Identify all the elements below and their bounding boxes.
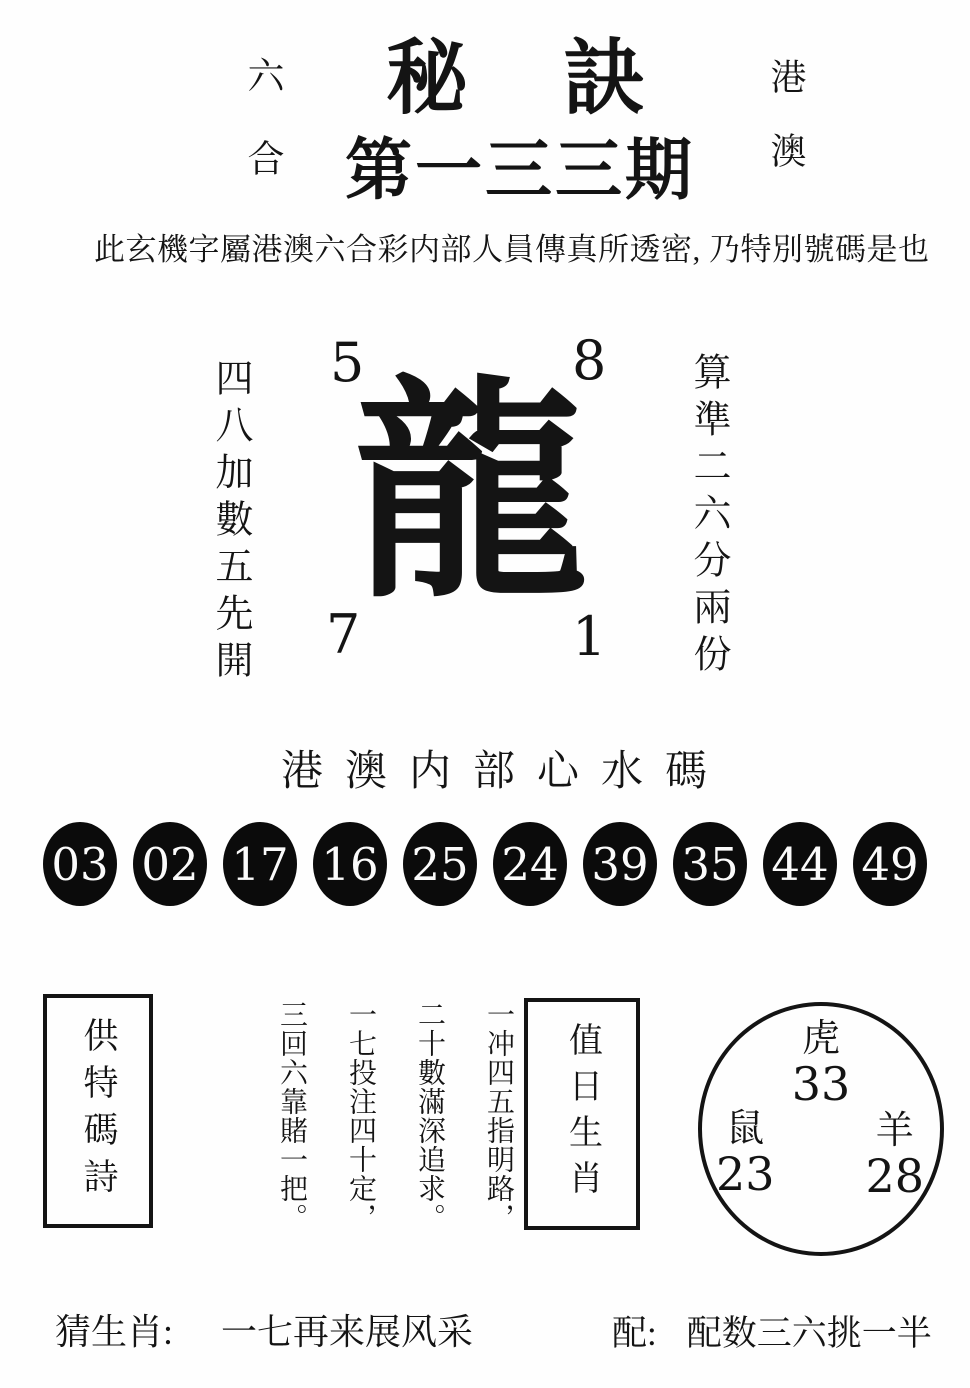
number-ball: 03 bbox=[43, 822, 117, 906]
poem-line: 三回六靠賭一把。 bbox=[271, 1000, 311, 1235]
poem-title-label: 供特碼詩 bbox=[73, 1017, 123, 1205]
poem-line: 一冲四五指明路， bbox=[478, 1000, 518, 1235]
zodiac-entry-right: 羊 28 bbox=[865, 1112, 924, 1200]
zodiac-entry-left: 鼠 23 bbox=[716, 1110, 775, 1198]
zodiac-animal: 羊 bbox=[876, 1112, 914, 1152]
corner-number-bottom-right: 1 bbox=[572, 610, 606, 664]
hot-numbers-heading: 港澳内部心水碼 bbox=[40, 738, 970, 798]
footer-guess-label: 猜生肖: bbox=[55, 1312, 173, 1352]
number-ball: 35 bbox=[673, 822, 747, 906]
footer-match-line: 配:配数三六挑一半 bbox=[612, 1306, 932, 1356]
number-ball: 25 bbox=[403, 822, 477, 906]
zodiac-animal: 虎 bbox=[802, 1020, 840, 1060]
corner-number-bottom-left: 7 bbox=[326, 608, 360, 662]
footer-guess-text: 一七再来展风采 bbox=[221, 1312, 473, 1352]
puzzle-right-column: 算準二六分兩份 bbox=[681, 352, 736, 681]
number-ball: 44 bbox=[763, 822, 837, 906]
poem-title-box: 供特碼詩 bbox=[43, 994, 153, 1228]
puzzle-left-column: 四八加數五先開 bbox=[203, 358, 258, 687]
number-ball: 02 bbox=[133, 822, 207, 906]
lottery-tip-sheet: 六合 秘訣 港澳 第一三三期 此玄機字屬港澳六合彩内部人員傳真所透密, 乃特別號… bbox=[0, 0, 970, 1388]
zodiac-number: 23 bbox=[716, 1150, 775, 1198]
zodiac-number: 28 bbox=[865, 1152, 924, 1200]
brand-left-vertical: 六合 bbox=[234, 56, 288, 222]
poem-line: 二十數滿深追求。 bbox=[409, 1000, 449, 1235]
zodiac-circle: 虎 33 鼠 23 羊 28 bbox=[698, 1002, 944, 1256]
issue-number-title: 第一三三期 bbox=[345, 136, 695, 206]
brand-right-vertical: 港澳 bbox=[761, 58, 812, 206]
zodiac-number: 33 bbox=[792, 1060, 851, 1108]
footer-guess-line: 猜生肖:一七再来展风采 bbox=[55, 1304, 473, 1355]
poem-line: 一七投注四十定， bbox=[340, 1000, 380, 1235]
dragon-character: 龍 bbox=[353, 378, 588, 613]
page-title: 秘訣 bbox=[386, 38, 740, 120]
duty-zodiac-box: 值日生肖 bbox=[524, 998, 640, 1230]
number-ball: 39 bbox=[583, 822, 657, 906]
zodiac-animal: 鼠 bbox=[726, 1110, 764, 1150]
number-ball: 24 bbox=[493, 822, 567, 906]
number-ball: 49 bbox=[853, 822, 927, 906]
number-ball: 17 bbox=[223, 822, 297, 906]
subtitle-line: 此玄機字屬港澳六合彩内部人員傳真所透密, 乃特別號碼是也 bbox=[94, 224, 930, 269]
duty-zodiac-label: 值日生肖 bbox=[558, 1022, 607, 1206]
poem-lines: 一冲四五指明路， 二十數滿深追求。 一七投注四十定， 三回六靠賭一把。 bbox=[242, 1000, 518, 1235]
footer-match-text: 配数三六挑一半 bbox=[687, 1314, 932, 1353]
zodiac-entry-top: 虎 33 bbox=[702, 1020, 940, 1108]
number-ball-row: 03 02 17 16 25 24 39 35 44 49 bbox=[43, 822, 927, 906]
number-ball: 16 bbox=[313, 822, 387, 906]
footer-match-label: 配: bbox=[612, 1314, 657, 1353]
